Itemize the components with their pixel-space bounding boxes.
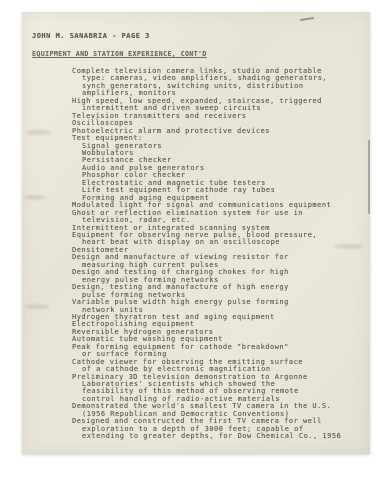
scan-smudge bbox=[26, 130, 52, 135]
text-line: extending to greater depths, for Dow Che… bbox=[72, 433, 364, 440]
section-heading: EQUIPMENT AND STATION EXPERIENCE, CONT'D bbox=[32, 50, 207, 58]
scanned-document: JOHN M. SANABRIA - PAGE 3 EQUIPMENT AND … bbox=[0, 0, 376, 492]
page-header: JOHN M. SANABRIA - PAGE 3 bbox=[32, 32, 150, 40]
scan-artifact-mark bbox=[300, 17, 314, 21]
body-lines: Complete television camera links, studio… bbox=[72, 68, 364, 441]
document-page: JOHN M. SANABRIA - PAGE 3 EQUIPMENT AND … bbox=[22, 12, 370, 454]
scan-smudge bbox=[24, 195, 46, 200]
scan-smudge bbox=[25, 304, 49, 309]
